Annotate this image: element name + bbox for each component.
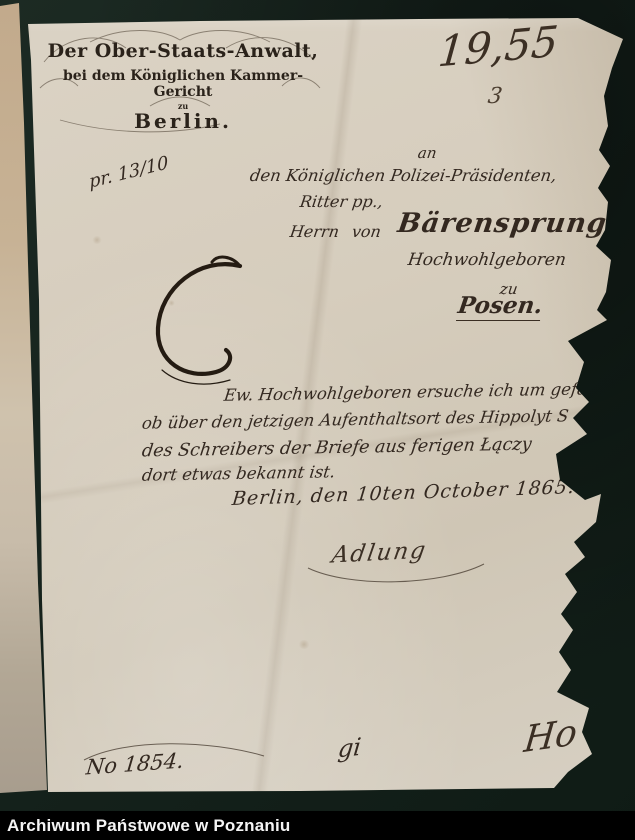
document-sheet: Der Ober-Staats-Anwalt, bei dem Königlic…: [0, 0, 635, 796]
clerk-initial-mark: gi: [337, 733, 363, 764]
letterhead-zu: zu: [38, 104, 328, 108]
body-line: Ew. Hochwohlgeboren ersuche ich um gefäl…: [223, 378, 635, 405]
foxing-spot: [92, 236, 102, 244]
registry-number-annotation: 19,55: [436, 16, 560, 76]
letterhead-city: Berlin.: [38, 109, 328, 133]
archive-caption: Archiwum Państwowe w Poznaniu: [0, 816, 291, 836]
address-von: von: [351, 222, 383, 241]
body-line: ob über den jetzigen Aufenthaltsort des …: [141, 406, 570, 432]
address-line-2: Ritter pp.,: [299, 192, 385, 211]
address-herrn: Herrn: [289, 222, 341, 241]
body-line: dort etwas bekannt ist.: [141, 462, 337, 484]
foxing-spot: [298, 640, 310, 649]
letterhead-line-1: Der Ober-Staats-Anwalt,: [38, 40, 328, 62]
letterhead-line-2: bei dem Königlichen Kammer-Gericht: [38, 68, 328, 100]
scanned-document-view: Der Ober-Staats-Anwalt, bei dem Königlic…: [0, 0, 635, 840]
signature-flourish: [300, 558, 490, 588]
body-line: des Schreibers der Briefe aus ferigen Łą…: [141, 435, 533, 462]
address-honorific: Hochwohlgeboren: [407, 250, 568, 270]
letterhead: Der Ober-Staats-Anwalt, bei dem Königlic…: [38, 40, 328, 133]
salutation-initial-flourish: [142, 252, 262, 392]
presentation-note: pr. 13/10: [88, 152, 169, 193]
registry-subnumber-annotation: 3: [486, 84, 504, 109]
address-line-1: den Königlichen Polizei-Präsidenten,: [249, 166, 558, 185]
address-an: an: [417, 144, 438, 162]
archive-caption-bar: Archiwum Państwowe w Poznaniu: [0, 811, 635, 840]
corner-mark: Ho: [522, 712, 579, 761]
address-recipient-name: Bärensprung: [396, 208, 609, 239]
address-city: Posen.: [456, 292, 544, 321]
